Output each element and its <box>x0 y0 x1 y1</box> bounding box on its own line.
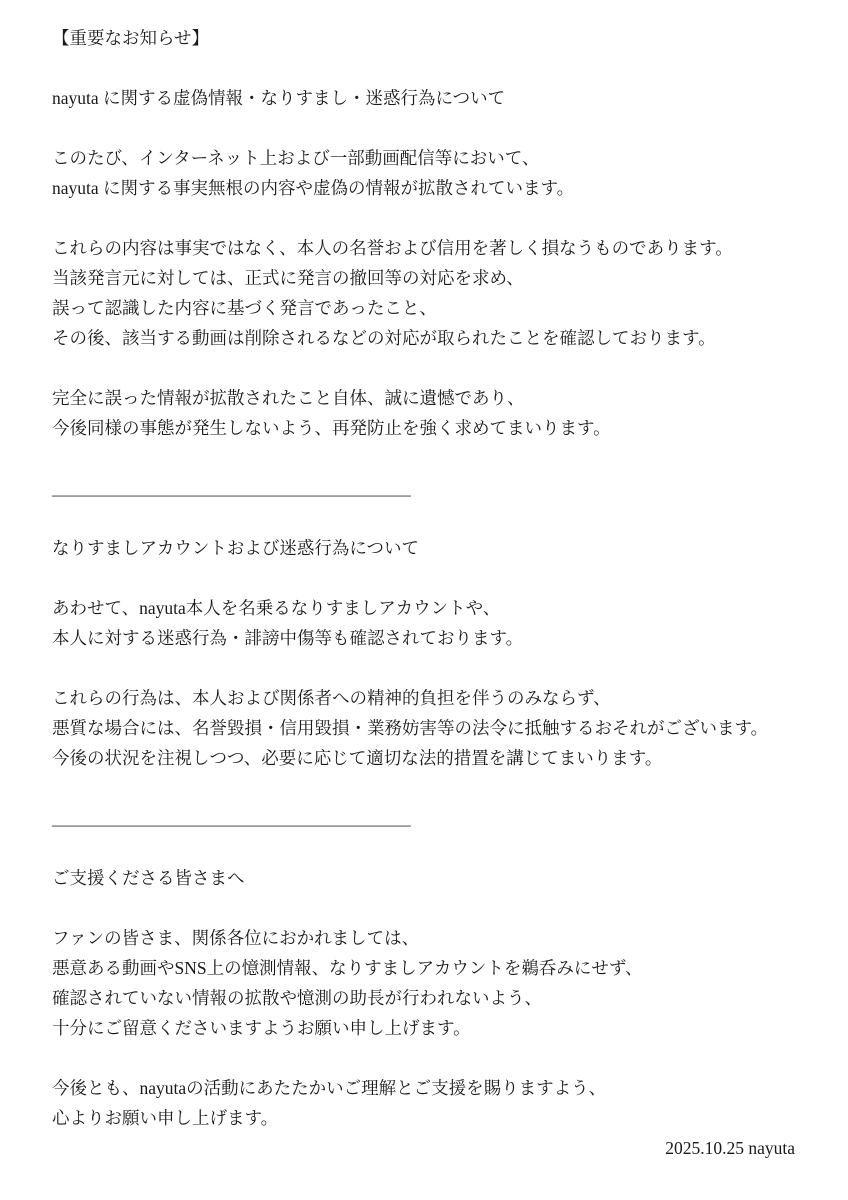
paragraph-closing: 今後とも、nayutaの活動にあたたかいご理解とご支援を賜りますよう、 心よりお… <box>52 1073 795 1133</box>
text-line: これらの内容は事実ではなく、本人の名誉および信用を著しく損なうものであります。 <box>52 233 795 263</box>
text-line: 今後とも、nayutaの活動にあたたかいご理解とご支援を賜りますよう、 <box>52 1073 795 1103</box>
text-line: 悪質な場合には、名誉毀損・信用毀損・業務妨害等の法令に抵触するおそれがございます… <box>52 713 795 743</box>
section-divider-1-block: ________________________________________… <box>52 473 795 503</box>
section-divider: ________________________________________… <box>52 473 795 503</box>
paragraph-impersonation: あわせて、nayuta本人を名乗るなりすましアカウントや、 本人に対する迷惑行為… <box>52 593 795 653</box>
subject-heading-block: nayuta に関する虚偽情報・なりすまし・迷惑行為について <box>52 83 795 113</box>
subject-heading: nayuta に関する虚偽情報・なりすまし・迷惑行為について <box>52 83 795 113</box>
paragraph-fans-request: ファンの皆さま、関係各位におかれましては、 悪意ある動画やSNS上の憶測情報、な… <box>52 923 795 1043</box>
paragraph-regret: 完全に誤った情報が拡散されたこと自体、誠に遺憾であり、 今後同様の事態が発生しな… <box>52 383 795 443</box>
text-line: 誤って認識した内容に基づく発言であったこと、 <box>52 293 795 323</box>
date-signature: 2025.10.25 nayuta <box>52 1133 795 1163</box>
text-line: ファンの皆さま、関係各位におかれましては、 <box>52 923 795 953</box>
text-line: その後、該当する動画は削除されるなどの対応が取られたことを確認しております。 <box>52 323 795 353</box>
text-line: 本人に対する迷惑行為・誹謗中傷等も確認されております。 <box>52 623 795 653</box>
text-line: nayuta に関する事実無根の内容や虚偽の情報が拡散されています。 <box>52 173 795 203</box>
section-heading: なりすましアカウントおよび迷惑行為について <box>52 533 795 563</box>
paragraph-legal: これらの行為は、本人および関係者への精神的負担を伴うのみならず、 悪質な場合には… <box>52 683 795 773</box>
text-line: 完全に誤った情報が拡散されたこと自体、誠に遺憾であり、 <box>52 383 795 413</box>
document-title-block: 【重要なお知らせ】 <box>52 23 795 53</box>
text-line: これらの行為は、本人および関係者への精神的負担を伴うのみならず、 <box>52 683 795 713</box>
text-line: 悪意ある動画やSNS上の憶測情報、なりすましアカウントを鵜呑みにせず、 <box>52 953 795 983</box>
section-heading: ご支援くださる皆さまへ <box>52 863 795 893</box>
text-line: このたび、インターネット上および一部動画配信等において、 <box>52 143 795 173</box>
document-title: 【重要なお知らせ】 <box>52 23 795 53</box>
text-line: 心よりお願い申し上げます。 <box>52 1103 795 1133</box>
section2-heading-block: なりすましアカウントおよび迷惑行為について <box>52 533 795 563</box>
section3-heading-block: ご支援くださる皆さまへ <box>52 863 795 893</box>
text-line: 今後の状況を注視しつつ、必要に応じて適切な法的措置を講じてまいります。 <box>52 743 795 773</box>
text-line: 確認されていない情報の拡散や憶測の助長が行われないよう、 <box>52 983 795 1013</box>
section-divider: ________________________________________… <box>52 803 795 833</box>
notice-document: 【重要なお知らせ】 nayuta に関する虚偽情報・なりすまし・迷惑行為について… <box>0 0 848 1163</box>
paragraph-intro: このたび、インターネット上および一部動画配信等において、 nayuta に関する… <box>52 143 795 203</box>
text-line: 今後同様の事態が発生しないよう、再発防止を強く求めてまいります。 <box>52 413 795 443</box>
text-line: 十分にご留意くださいますようお願い申し上げます。 <box>52 1013 795 1043</box>
section-divider-2-block: ________________________________________… <box>52 803 795 833</box>
text-line: 当該発言元に対しては、正式に発言の撤回等の対応を求め、 <box>52 263 795 293</box>
paragraph-response: これらの内容は事実ではなく、本人の名誉および信用を著しく損なうものであります。 … <box>52 233 795 353</box>
text-line: あわせて、nayuta本人を名乗るなりすましアカウントや、 <box>52 593 795 623</box>
